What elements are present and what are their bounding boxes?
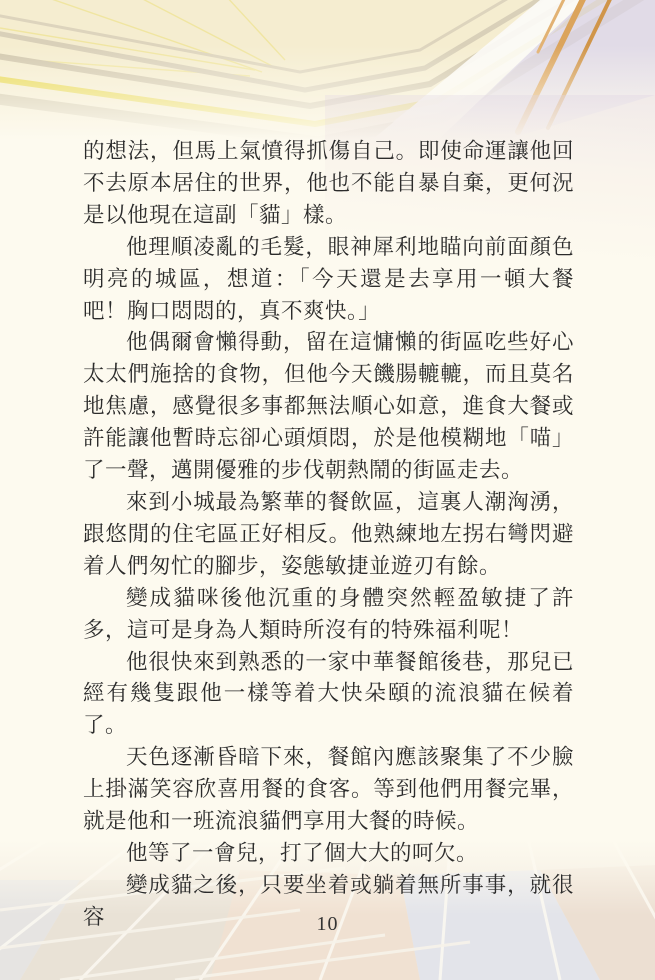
header-fade [0, 45, 655, 140]
text-block: 的想法，但馬上氣憤得抓傷自己。即使命運讓他回不去原本居住的世界，他也不能自暴自棄… [83, 136, 574, 934]
paragraph: 他等了一會兒，打了個大大的呵欠。 [83, 838, 574, 870]
paragraph: 他很快來到熟悉的一家中華餐館後巷，那兒已經有幾隻跟他一樣等着大快朵頤的流浪貓在候… [83, 647, 574, 743]
ceiling-photo-decoration [0, 0, 655, 140]
paragraph: 他偶爾會懶得動，留在這慵懶的街區吃些好心太太們施捨的食物，但他今天饑腸轆轆，而且… [83, 327, 574, 487]
book-page: 的想法，但馬上氣憤得抓傷自己。即使命運讓他回不去原本居住的世界，他也不能自暴自棄… [0, 0, 655, 980]
paragraph: 的想法，但馬上氣憤得抓傷自己。即使命運讓他回不去原本居住的世界，他也不能自暴自棄… [83, 136, 574, 232]
paragraph: 天色逐漸昏暗下來，餐館內應該聚集了不少臉上掛滿笑容欣喜用餐的食客。等到他們用餐完… [83, 742, 574, 838]
paragraph: 變成貓咪後他沉重的身體突然輕盈敏捷了許多，這可是身為人類時所沒有的特殊福利呢！ [83, 583, 574, 647]
paragraph: 他理順凌亂的毛髮，眼神犀利地瞄向前面顏色明亮的城區，想道：「今天還是去享用一頓大… [83, 232, 574, 328]
paragraph: 來到小城最為繁華的餐飲區，這裏人潮洶湧，跟悠閒的住宅區正好相反。他熟練地左拐右彎… [83, 487, 574, 583]
page-number: 10 [0, 913, 655, 936]
